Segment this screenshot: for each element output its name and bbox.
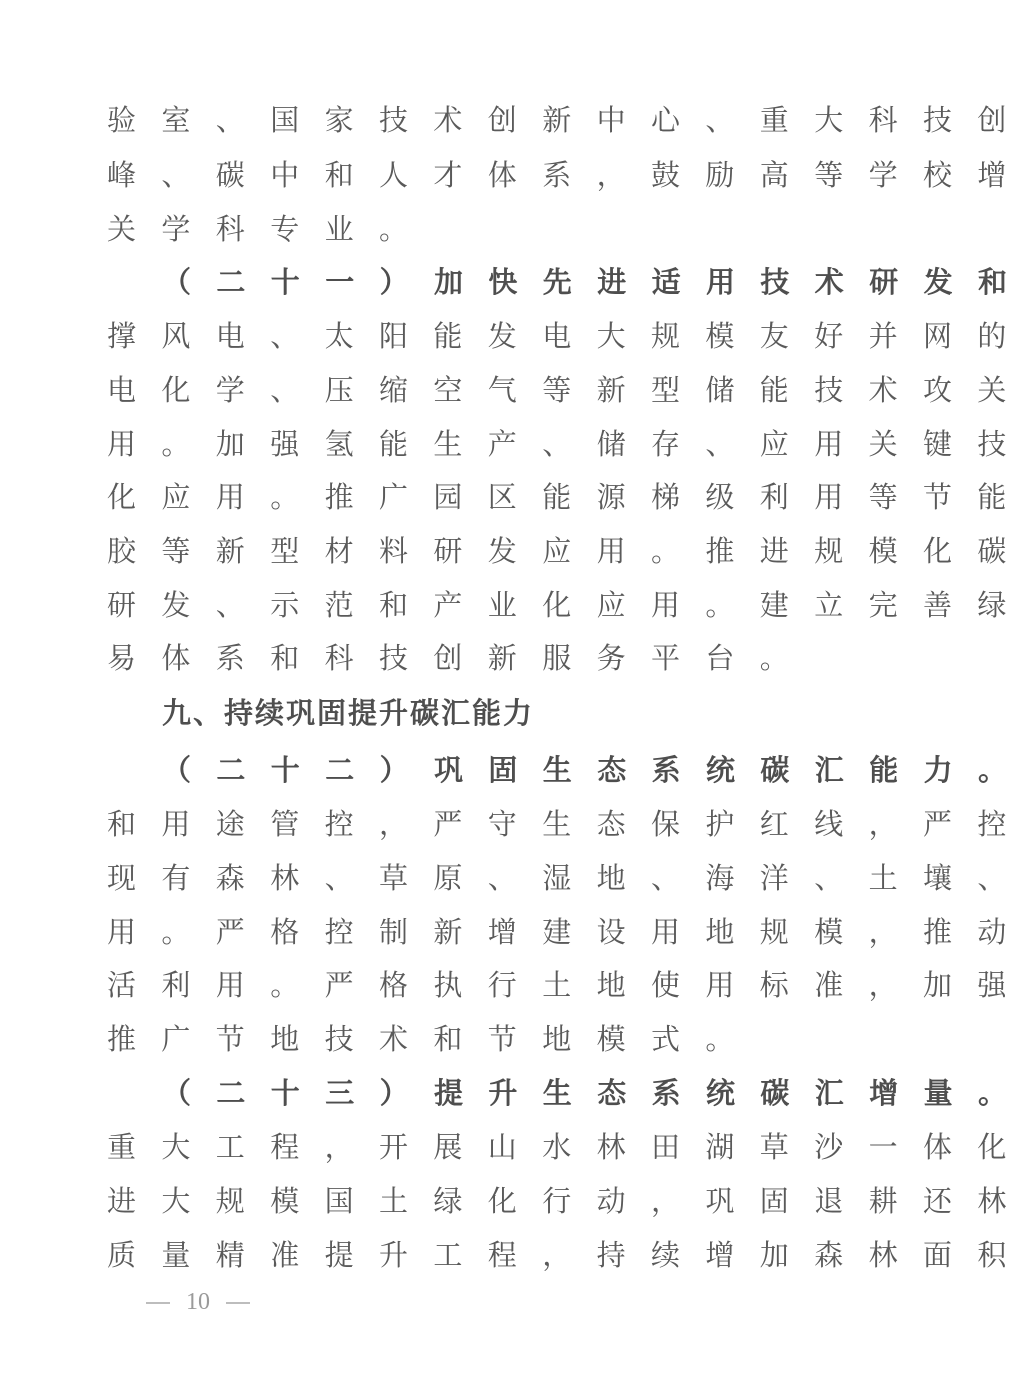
body-line: 和用途管控，严守生态保护红线，严控生态空间占用，稳定	[107, 804, 919, 844]
dash-right	[226, 1302, 250, 1304]
line-text: 现有森林、草原、湿地、海洋、土壤、冻土、岩溶等固碳作	[107, 861, 1010, 895]
line-text: 验室、国家技术创新中心、重大科技创新平台。建设碳达	[107, 103, 1010, 137]
line-text: 易体系和科技创新服务平台。	[107, 641, 814, 675]
body-line: 易体系和科技创新服务平台。	[107, 638, 919, 678]
line-text: 峰、碳中和人才体系，鼓励高等学校增设碳达峰、碳中和相	[107, 158, 1010, 192]
body-line: 推广节地技术和节地模式。	[107, 1019, 919, 1059]
line-text: 撑风电、太阳能发电大规模友好并网的智能电网技术。加强	[107, 319, 1010, 353]
body-line: 验室、国家技术创新中心、重大科技创新平台。建设碳达	[107, 100, 919, 140]
section-21-title: （二十一）加快先进适用技术研发和推广。	[162, 265, 1010, 299]
body-line: 用。严格控制新增建设用地规模，推动城乡存量建设用地盘	[107, 912, 919, 952]
line-text: 用。严格控制新增建设用地规模，推动城乡存量建设用地盘	[107, 915, 1010, 949]
section-21-first-line: （二十一）加快先进适用技术研发和推广。深入研究支	[162, 262, 974, 302]
body-line: 活利用。严格执行土地使用标准，加强节约集约用地评价，	[107, 965, 919, 1005]
chapter-heading: 九、持续巩固提升碳汇能力	[162, 693, 974, 733]
body-line: 重大工程，开展山水林田湖草沙一体化保护和修复。深入推	[107, 1127, 919, 1167]
body-line: 质量精准提升工程，持续增加森林面积和蓄积量。加强草原	[107, 1235, 919, 1275]
line-text: 关学科专业。	[107, 212, 433, 246]
body-line: 峰、碳中和人才体系，鼓励高等学校增设碳达峰、碳中和相	[107, 155, 919, 195]
section-22-first-line: （二十二）巩固生态系统碳汇能力。强化国土空间规划	[162, 750, 974, 790]
line-text: 用。加强氢能生产、储存、应用关键技术研发、示范和规模	[107, 427, 1010, 461]
body-line: 撑风电、太阳能发电大规模友好并网的智能电网技术。加强	[107, 316, 919, 356]
body-line: 进大规模国土绿化行动，巩固退耕还林还草成果，实施森林	[107, 1181, 919, 1221]
line-text: 胶等新型材料研发应用。推进规模化碳捕集利用与封存技术	[107, 534, 1010, 568]
line-text: 活利用。严格执行土地使用标准，加强节约集约用地评价，	[107, 968, 1010, 1002]
page-number-value: 10	[186, 1289, 210, 1315]
line-text: 进大规模国土绿化行动，巩固退耕还林还草成果，实施森林	[107, 1184, 1010, 1218]
line-text: 质量精准提升工程，持续增加森林面积和蓄积量。加强草原	[107, 1238, 1010, 1272]
dash-left	[146, 1302, 170, 1304]
line-text: 电化学、压缩空气等新型储能技术攻关、示范和产业化应	[107, 373, 1010, 407]
line-text: 推广节地技术和节地模式。	[107, 1022, 760, 1056]
body-line: 关学科专业。	[107, 209, 919, 249]
line-text: 和用途管控，严守生态保护红线，严控生态空间占用，稳定	[107, 807, 1010, 841]
body-line: 用。加强氢能生产、储存、应用关键技术研发、示范和规模	[107, 424, 919, 464]
body-line: 化应用。推广园区能源梯级利用等节能低碳技术。推动气凝	[107, 477, 919, 517]
body-line: 研发、示范和产业化应用。建立完善绿色低碳技术评估、交	[107, 585, 919, 625]
section-22-title: （二十二）巩固生态系统碳汇能力。	[162, 753, 1010, 787]
section-23-title: （二十三）提升生态系统碳汇增量。	[162, 1076, 1010, 1110]
body-line: 电化学、压缩空气等新型储能技术攻关、示范和产业化应	[107, 370, 919, 410]
body-line: 胶等新型材料研发应用。推进规模化碳捕集利用与封存技术	[107, 531, 919, 571]
page-number: 10	[130, 1285, 266, 1319]
line-text: 研发、示范和产业化应用。建立完善绿色低碳技术评估、交	[107, 588, 1010, 622]
body-line: 现有森林、草原、湿地、海洋、土壤、冻土、岩溶等固碳作	[107, 858, 919, 898]
line-text: 化应用。推广园区能源梯级利用等节能低碳技术。推动气凝	[107, 480, 1010, 514]
document-page: 验室、国家技术创新中心、重大科技创新平台。建设碳达 峰、碳中和人才体系，鼓励高等…	[0, 0, 1010, 1378]
section-23-first-line: （二十三）提升生态系统碳汇增量。实施生态保护修复	[162, 1073, 974, 1113]
line-text: 重大工程，开展山水林田湖草沙一体化保护和修复。深入推	[107, 1130, 1010, 1164]
